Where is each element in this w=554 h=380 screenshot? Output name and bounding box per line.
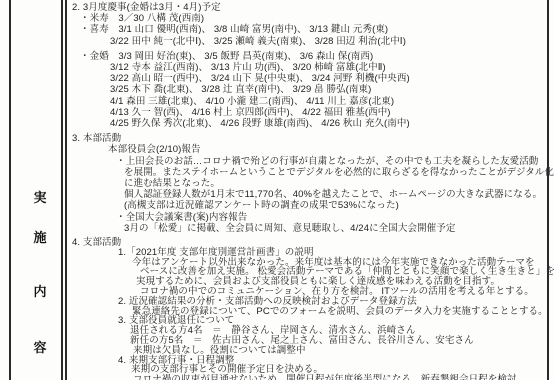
table-border-double-line-a: [61, 0, 63, 380]
text-line: 個人認証登録人数が1月末で11,770名、40%を越えたことで、ホームページの大…: [70, 189, 548, 200]
text-line: 3月の「松愛」に掲載、全会員に周知、意見聴取し、4/24に全国大会開催予定: [70, 223, 548, 234]
minutes-content: 2. 3月度慶事(金婚は3月・4月)予定・米寿 3／30 八構 茂(西南)・喜寿…: [70, 2, 548, 380]
text-line: 4/13 久一 智(西)、 4/16 村上 京四郎(西中)、 4/22 福田 雅…: [70, 107, 548, 118]
text-line: ・金婚 3/3 岡田 好治(東)、 3/5 飯野 昌英(南東)、 3/6 森山 …: [70, 51, 548, 62]
table-border-right: [547, 0, 549, 380]
block-march-celebrations: 2. 3月度慶事(金婚は3月・4月)予定・米寿 3／30 八構 茂(西南)・喜寿…: [70, 2, 548, 47]
text-line: ・全国大会議案書(案)内容報告: [70, 212, 548, 223]
table-border-double-line-b: [65, 0, 67, 380]
text-line: ・米寿 3／30 八構 茂(西南): [70, 13, 548, 24]
text-line: 3/25 木下 喬(北東)、 3/28 辻 直幸(南中)、 3/29 畠 勝弘(…: [70, 84, 548, 95]
row-label-char: 実: [31, 191, 49, 205]
text-line: ・喜寿 3/1 山口 優明(西南)、 3/8 山崎 富男(南中)、 3/13 鍵…: [70, 24, 548, 35]
text-line: 3. 本部活動: [70, 133, 548, 144]
text-line: 4/25 野久保 秀次(北東)、 4/26 段野 康雄(南西)、 4/26 秋山…: [70, 118, 548, 129]
row-label-char: 内: [31, 285, 49, 299]
text-line: コロナ禍の収束が見通せないため、開催日程が年度後半型になる。新春懇親会日程を検討: [70, 375, 548, 380]
text-line: 本部役員会(2/10)報告: [70, 144, 548, 155]
text-line: に進む結果となった。: [70, 178, 548, 189]
block-golden-wedding-list: ・金婚 3/3 岡田 好治(東)、 3/5 飯野 昌英(南東)、 3/6 森山 …: [70, 51, 548, 129]
text-line: (高槻支部は近況確認アンケート時の調査の成果で53%になった): [70, 200, 548, 211]
row-label-char: 容: [31, 341, 49, 355]
block-headquarters-activities: 3. 本部活動本部役員会(2/10)報告・上田会長のお話…コロナ禍で殆どの行事が…: [70, 133, 548, 234]
text-line: 3/22 田中 純一(北中Ⅰ)、 3/25 瀬崎 義夫(南東)、 3/28 田辺…: [70, 36, 548, 47]
row-label-char: 施: [31, 231, 49, 245]
text-line: 4/1 森田 三雄(北東)、 4/10 小瀧 建二(南西)、 4/11 川上 嘉…: [70, 96, 548, 107]
text-line: ・上田会長のお話…コロナ禍で殆どの行事が自粛となったが、その中でも工夫を凝らした…: [70, 156, 548, 167]
text-line: 2. 3月度慶事(金婚は3月・4月)予定: [70, 2, 548, 13]
text-line: 3/22 高山 昭一(西中)、 3/24 山下 晃(中央東)、 3/24 河野 …: [70, 73, 548, 84]
text-line: 3/12 寺本 益江(西南)、 3/13 片山 功(西)、 3/20 柿崎 富雄…: [70, 62, 548, 73]
row-label-implementation-contents: 実 施 内 容: [31, 0, 49, 380]
table-border-outer-left: [9, 0, 11, 380]
text-line: を展開。またステイホームということでデジタルを必然的に取らざるを得なかったことが…: [70, 167, 548, 178]
block-branch-activities: 4. 支部活動1.「2021年度 支部年度別運営計画書」の説明今年はアンケート以…: [70, 238, 548, 380]
scanned-minutes-page: 実 施 内 容 2. 3月度慶事(金婚は3月・4月)予定・米寿 3／30 八構 …: [0, 0, 554, 380]
